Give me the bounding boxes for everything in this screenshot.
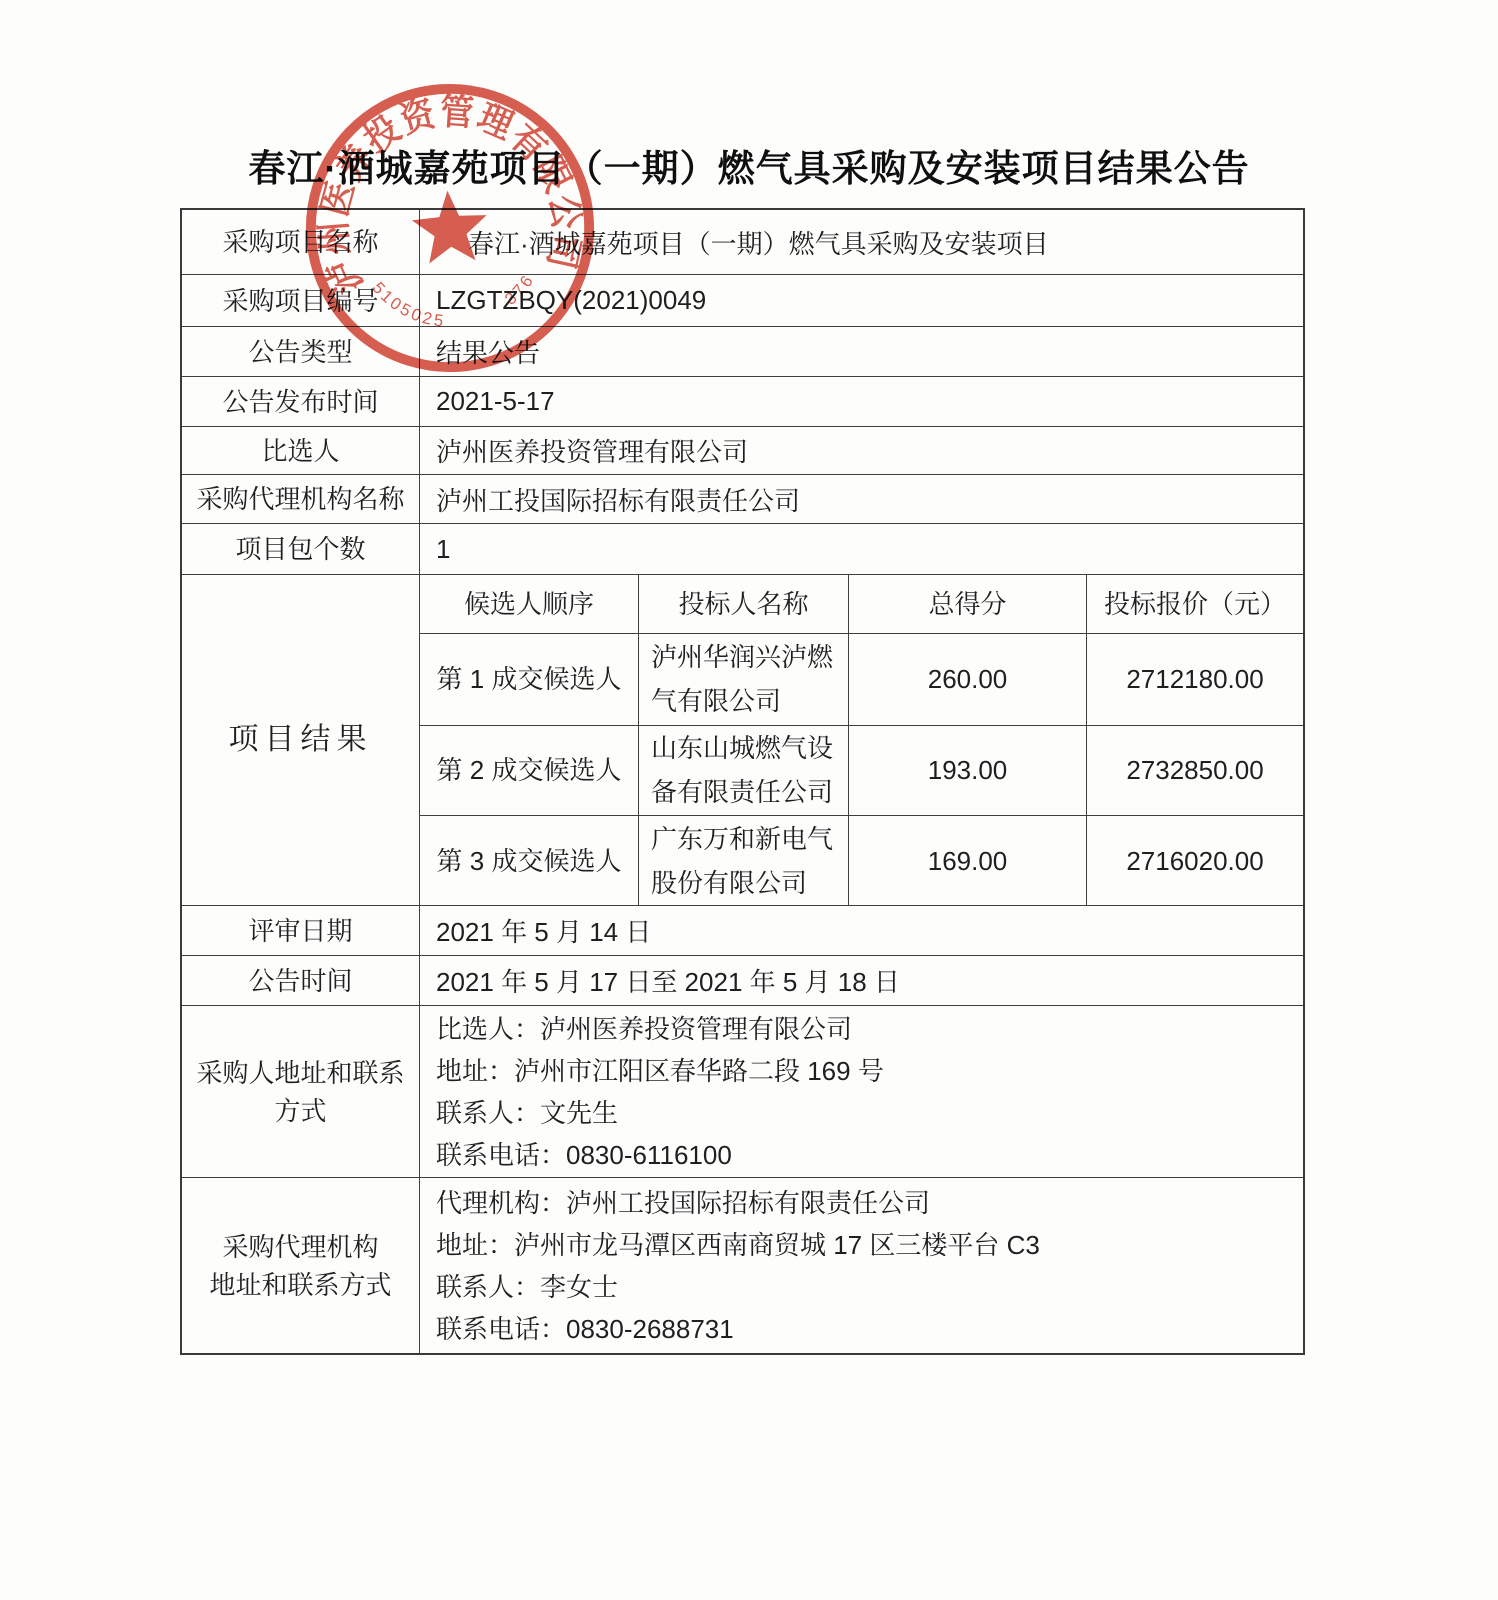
row-value: 春江·酒城嘉苑项目（一期）燃气具采购及安装项目 — [419, 210, 1303, 274]
bid-price: 2712180.00 — [1086, 634, 1303, 725]
row-value: 2021-5-17 — [419, 377, 1303, 426]
table-row: 比选人 泸州医养投资管理有限公司 — [182, 426, 1303, 474]
table-row: 采购项目编号 LZGTZBQY(2021)0049 — [182, 274, 1303, 326]
table-row: 公告时间 2021 年 5 月 17 日至 2021 年 5 月 18 日 — [182, 955, 1303, 1005]
contact-line: 联系电话：0830-6116100 — [436, 1134, 1303, 1176]
row-value: 结果公告 — [419, 327, 1303, 376]
row-label: 采购项目名称 — [182, 210, 419, 274]
contact-line: 比选人：泸州医养投资管理有限公司 — [436, 1008, 1303, 1050]
total-score: 260.00 — [848, 634, 1086, 725]
row-label-line: 采购代理机构 — [222, 1228, 378, 1266]
row-label: 评审日期 — [182, 906, 419, 955]
buyer-contact-block: 采购人地址和联系 方式 比选人：泸州医养投资管理有限公司 地址：泸州市江阳区春华… — [182, 1005, 1303, 1177]
buyer-contact-lines: 比选人：泸州医养投资管理有限公司 地址：泸州市江阳区春华路二段 169 号 联系… — [419, 1006, 1303, 1177]
contact-line: 联系人：文先生 — [436, 1092, 1303, 1134]
row-label: 公告时间 — [182, 956, 419, 1005]
table-row: 采购代理机构名称 泸州工投国际招标有限责任公司 — [182, 474, 1303, 523]
bid-price: 2716020.00 — [1086, 816, 1303, 905]
bidder-name: 广东万和新电气股份有限公司 — [638, 816, 848, 905]
agent-contact-lines: 代理机构：泸州工投国际招标有限责任公司 地址：泸州市龙马潭区西南商贸城 17 区… — [419, 1178, 1303, 1353]
row-label: 项目包个数 — [182, 524, 419, 574]
row-value: 2021 年 5 月 14 日 — [419, 906, 1303, 955]
contact-line: 联系人：李女士 — [436, 1266, 1303, 1308]
candidate-row: 第 2 成交候选人 山东山城燃气设备有限责任公司 193.00 2732850.… — [420, 725, 1303, 816]
row-value: 2021 年 5 月 17 日至 2021 年 5 月 18 日 — [419, 956, 1303, 1005]
row-value: 泸州工投国际招标有限责任公司 — [419, 475, 1303, 523]
candidate-row: 第 1 成交候选人 泸州华润兴泸燃气有限公司 260.00 2712180.00 — [420, 633, 1303, 725]
column-header: 候选人顺序 — [420, 575, 638, 633]
column-header: 总得分 — [848, 575, 1086, 633]
table-row: 公告类型 结果公告 — [182, 326, 1303, 376]
row-label-line: 方式 — [274, 1092, 326, 1130]
candidate-row: 第 3 成交候选人 广东万和新电气股份有限公司 169.00 2716020.0… — [420, 815, 1303, 905]
candidate-rank: 第 3 成交候选人 — [420, 816, 638, 905]
contact-line: 地址：泸州市江阳区春华路二段 169 号 — [436, 1050, 1303, 1092]
table-row: 项目包个数 1 — [182, 523, 1303, 574]
bidder-name: 泸州华润兴泸燃气有限公司 — [638, 634, 848, 725]
contact-line: 地址：泸州市龙马潭区西南商贸城 17 区三楼平台 C3 — [436, 1224, 1303, 1266]
page-title: 春江·酒城嘉苑项目（一期）燃气具采购及安装项目结果公告 — [0, 138, 1498, 192]
project-result-block: 项目结果 候选人顺序 投标人名称 总得分 投标报价（元） 第 1 成交候选人 泸… — [182, 574, 1303, 905]
contact-line: 联系电话：0830-2688731 — [436, 1308, 1303, 1350]
total-score: 169.00 — [848, 816, 1086, 905]
row-value: LZGTZBQY(2021)0049 — [419, 275, 1303, 326]
row-label: 采购代理机构名称 — [182, 475, 419, 523]
announcement-table: 采购项目名称 春江·酒城嘉苑项目（一期）燃气具采购及安装项目 采购项目编号 LZ… — [180, 208, 1305, 1355]
candidates-table: 候选人顺序 投标人名称 总得分 投标报价（元） 第 1 成交候选人 泸州华润兴泸… — [419, 575, 1303, 905]
row-label: 采购人地址和联系 方式 — [182, 1006, 419, 1177]
row-label: 采购代理机构 地址和联系方式 — [182, 1178, 419, 1353]
total-score: 193.00 — [848, 726, 1086, 816]
row-label: 公告发布时间 — [182, 377, 419, 426]
row-value: 1 — [419, 524, 1303, 574]
bidder-name: 山东山城燃气设备有限责任公司 — [638, 726, 848, 816]
table-row: 公告发布时间 2021-5-17 — [182, 376, 1303, 426]
column-header: 投标人名称 — [638, 575, 848, 633]
row-label: 公告类型 — [182, 327, 419, 376]
candidate-rank: 第 2 成交候选人 — [420, 726, 638, 816]
row-label-line: 采购人地址和联系 — [196, 1054, 404, 1092]
contact-line: 代理机构：泸州工投国际招标有限责任公司 — [436, 1182, 1303, 1224]
row-label: 项目结果 — [182, 575, 419, 905]
agent-contact-block: 采购代理机构 地址和联系方式 代理机构：泸州工投国际招标有限责任公司 地址：泸州… — [182, 1177, 1303, 1353]
row-value: 泸州医养投资管理有限公司 — [419, 427, 1303, 474]
row-label: 采购项目编号 — [182, 275, 419, 326]
table-row: 评审日期 2021 年 5 月 14 日 — [182, 905, 1303, 955]
bid-price: 2732850.00 — [1086, 726, 1303, 816]
candidate-rank: 第 1 成交候选人 — [420, 634, 638, 725]
row-label: 比选人 — [182, 427, 419, 474]
candidates-header-row: 候选人顺序 投标人名称 总得分 投标报价（元） — [420, 575, 1303, 633]
table-row: 采购项目名称 春江·酒城嘉苑项目（一期）燃气具采购及安装项目 — [182, 210, 1303, 274]
row-label-line: 地址和联系方式 — [209, 1266, 391, 1304]
scanned-document-page: { "page": { "title": "春江·酒城嘉苑项目（一期）燃气具采购… — [0, 0, 1498, 1600]
column-header: 投标报价（元） — [1086, 575, 1303, 633]
